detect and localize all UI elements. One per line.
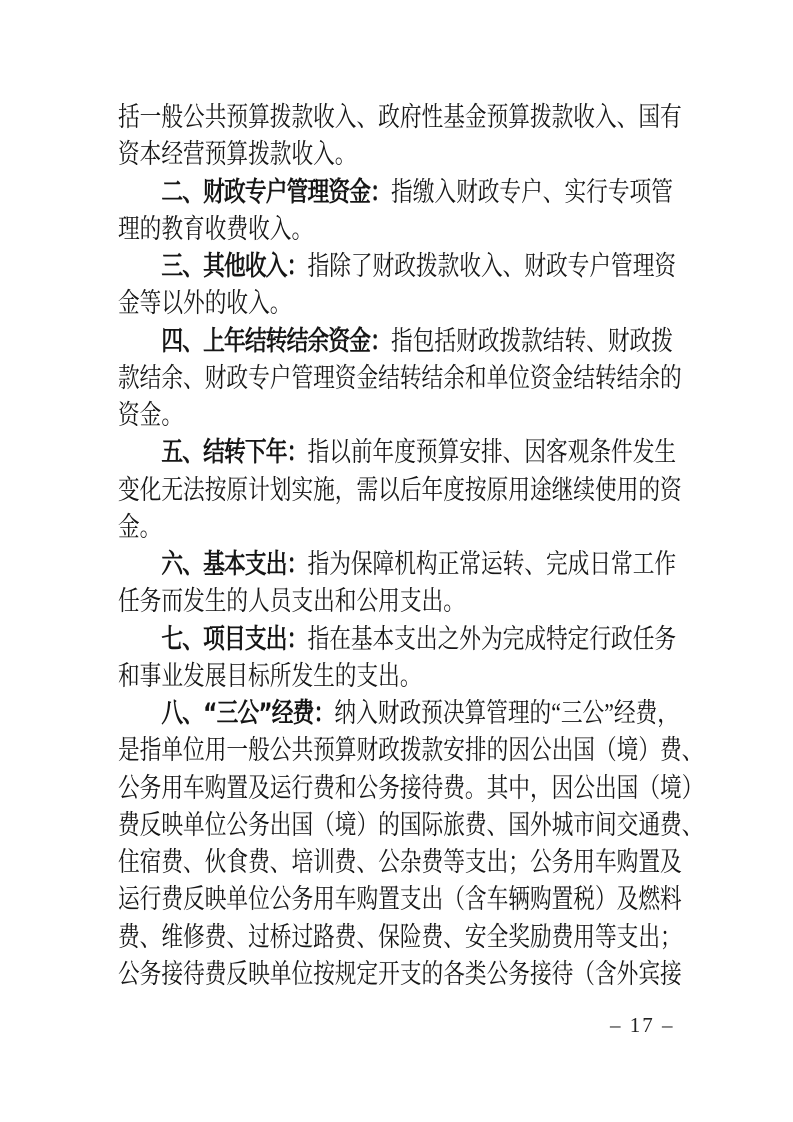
text-line: 是指单位用一般公共预算财政拨款安排的因公出国（境）费、 xyxy=(118,732,600,769)
body-text: 资本经营预算拨款收入。 xyxy=(118,139,356,169)
document-body: 括一般公共预算拨款收入、政府性基金预算拨款收入、国有资本经营预算拨款收入。二、财… xyxy=(118,99,718,993)
body-text: 指包括财政拨款结转、财政拨 xyxy=(391,326,673,356)
body-text: 公务接待费反映单位按规定开支的各类公务接待（含外宾接 xyxy=(118,959,682,989)
text-line: 金。 xyxy=(118,509,600,546)
text-line: 费、维修费、过桥过路费、保险费、安全奖励费用等支出； xyxy=(118,919,600,956)
text-line: 资金。 xyxy=(118,397,600,434)
body-text: 任务而发生的人员支出和公用支出。 xyxy=(118,586,465,616)
body-text: 指在基本支出之外为完成特定行政任务 xyxy=(308,624,677,654)
text-line: 住宿费、伙食费、培训费、公杂费等支出；公务用车购置及 xyxy=(118,844,600,881)
body-text: 括一般公共预算拨款收入、政府性基金预算拨款收入、国有 xyxy=(118,102,682,132)
term-heading: 四、上年结转结余资金： xyxy=(161,326,391,357)
term-heading: 八、“三公”经费： xyxy=(161,698,334,729)
document-page: 括一般公共预算拨款收入、政府性基金预算拨款收入、国有资本经营预算拨款收入。二、财… xyxy=(0,0,793,1122)
text-line: 三、其他收入：指除了财政拨款收入、财政专户管理资 xyxy=(118,248,600,285)
body-text: 指为保障机构正常运转、完成日常工作 xyxy=(308,549,677,579)
body-text: 是指单位用一般公共预算财政拨款安排的因公出国（境）费、 xyxy=(118,735,703,765)
body-text: 变化无法按原计划实施，需以后年度按原用途继续使用的资 xyxy=(118,475,682,505)
body-text: 指缴入财政专户、实行专项管 xyxy=(391,177,673,207)
text-line: 资本经营预算拨款收入。 xyxy=(118,136,600,173)
text-line: 理的教育收费收入。 xyxy=(118,211,600,248)
text-line: 括一般公共预算拨款收入、政府性基金预算拨款收入、国有 xyxy=(118,99,600,136)
term-heading: 二、财政专户管理资金： xyxy=(161,177,391,208)
text-line: 四、上年结转结余资金：指包括财政拨款结转、财政拨 xyxy=(118,323,600,360)
body-text: 费、维修费、过桥过路费、保险费、安全奖励费用等支出； xyxy=(118,922,682,952)
body-text: 纳入财政预决算管理的“三公”经费， xyxy=(334,698,678,728)
body-text: 理的教育收费收入。 xyxy=(118,214,313,244)
text-line: 变化无法按原计划实施，需以后年度按原用途继续使用的资 xyxy=(118,472,600,509)
body-text: 指以前年度预算安排、因客观条件发生 xyxy=(308,437,677,467)
text-line: 六、基本支出：指为保障机构正常运转、完成日常工作 xyxy=(118,546,600,583)
text-line: 任务而发生的人员支出和公用支出。 xyxy=(118,583,600,620)
text-line: 二、财政专户管理资金：指缴入财政专户、实行专项管 xyxy=(118,174,600,211)
body-text: 资金。 xyxy=(118,400,183,430)
term-heading: 五、结转下年： xyxy=(161,437,307,468)
text-line: 运行费反映单位公务用车购置支出（含车辆购置税）及燃料 xyxy=(118,881,600,918)
body-text: 公务用车购置及运行费和公务接待费。其中，因公出国（境） xyxy=(118,773,703,803)
term-heading: 三、其他收入： xyxy=(161,251,307,282)
text-line: 费反映单位公务出国（境）的国际旅费、国外城市间交通费、 xyxy=(118,807,600,844)
text-line: 七、项目支出：指在基本支出之外为完成特定行政任务 xyxy=(118,621,600,658)
body-text: 和事业发展目标所发生的支出。 xyxy=(118,661,422,691)
body-text: 指除了财政拨款收入、财政专户管理资 xyxy=(308,251,677,281)
text-line: 公务用车购置及运行费和公务接待费。其中，因公出国（境） xyxy=(118,770,600,807)
body-text: 住宿费、伙食费、培训费、公杂费等支出；公务用车购置及 xyxy=(118,847,682,877)
page-number: – 17 – xyxy=(610,1013,675,1038)
term-heading: 七、项目支出： xyxy=(161,624,307,655)
body-text: 款结余、财政专户管理资金结转结余和单位资金结转结余的 xyxy=(118,363,682,393)
text-line: 款结余、财政专户管理资金结转结余和单位资金结转结余的 xyxy=(118,360,600,397)
text-line: 八、“三公”经费：纳入财政预决算管理的“三公”经费， xyxy=(118,695,600,732)
text-line: 公务接待费反映单位按规定开支的各类公务接待（含外宾接 xyxy=(118,956,600,993)
body-text: 金等以外的收入。 xyxy=(118,288,291,318)
text-line: 五、结转下年：指以前年度预算安排、因客观条件发生 xyxy=(118,434,600,471)
term-heading: 六、基本支出： xyxy=(161,549,307,580)
text-line: 和事业发展目标所发生的支出。 xyxy=(118,658,600,695)
body-text: 金。 xyxy=(118,512,161,542)
body-text: 运行费反映单位公务用车购置支出（含车辆购置税）及燃料 xyxy=(118,884,682,914)
body-text: 费反映单位公务出国（境）的国际旅费、国外城市间交通费、 xyxy=(118,810,703,840)
text-line: 金等以外的收入。 xyxy=(118,285,600,322)
